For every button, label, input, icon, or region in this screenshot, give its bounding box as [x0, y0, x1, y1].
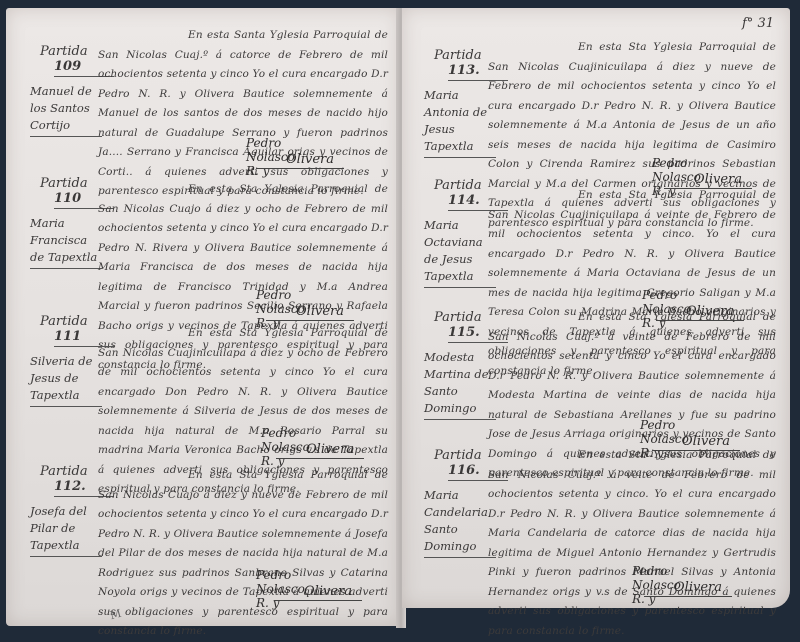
left-page: Partida 109 Manuel de los Santos Cortijo… [6, 8, 400, 626]
child-name: Josefa del Pilar de Tapextla [30, 503, 102, 557]
child-name: Maria Francisca de Tapextla [30, 215, 102, 269]
entry-text: En esta Santa Yglesia Parroquial de San … [98, 26, 388, 202]
signature-surname: Olivera [274, 584, 362, 601]
margin-note: Partida 111 Silveria de Jesus de Tapextl… [30, 314, 108, 407]
child-name: Maria Antonia de Jesus Tapextla [424, 87, 496, 158]
signature-surname: Olivera [256, 152, 344, 169]
child-name: Modesta Martina de Santo Domingo [424, 349, 496, 420]
child-name: Manuel de los Santos Cortijo [30, 83, 102, 137]
right-page: f° 31 Partida 113. Maria Antonia de Jesu… [402, 8, 790, 608]
margin-note: Partida 109 Manuel de los Santos Cortijo [30, 44, 108, 137]
signature-surname: Olivera [266, 304, 354, 321]
entry-text: En esta Sta Yglesia Parroquial de San Ni… [98, 466, 388, 642]
margin-note: Partida 112. Josefa del Pilar de Tapextl… [30, 464, 108, 557]
signature-surname: Olivera [276, 442, 364, 459]
margin-note: Partida 110 Maria Francisca de Tapextla [30, 176, 108, 269]
child-name: Maria Octaviana de Jesus Tapextla [424, 217, 496, 288]
signature-surname: Olivera [644, 580, 732, 597]
child-name: Maria Candelaria Santo Domingo [424, 487, 496, 558]
folio-number: f° 31 [742, 16, 774, 31]
entry-text: En esta Sta Yglesia Parroquial de San Ni… [488, 446, 776, 641]
child-name: Silveria de Jesus de Tapextla [30, 353, 102, 407]
